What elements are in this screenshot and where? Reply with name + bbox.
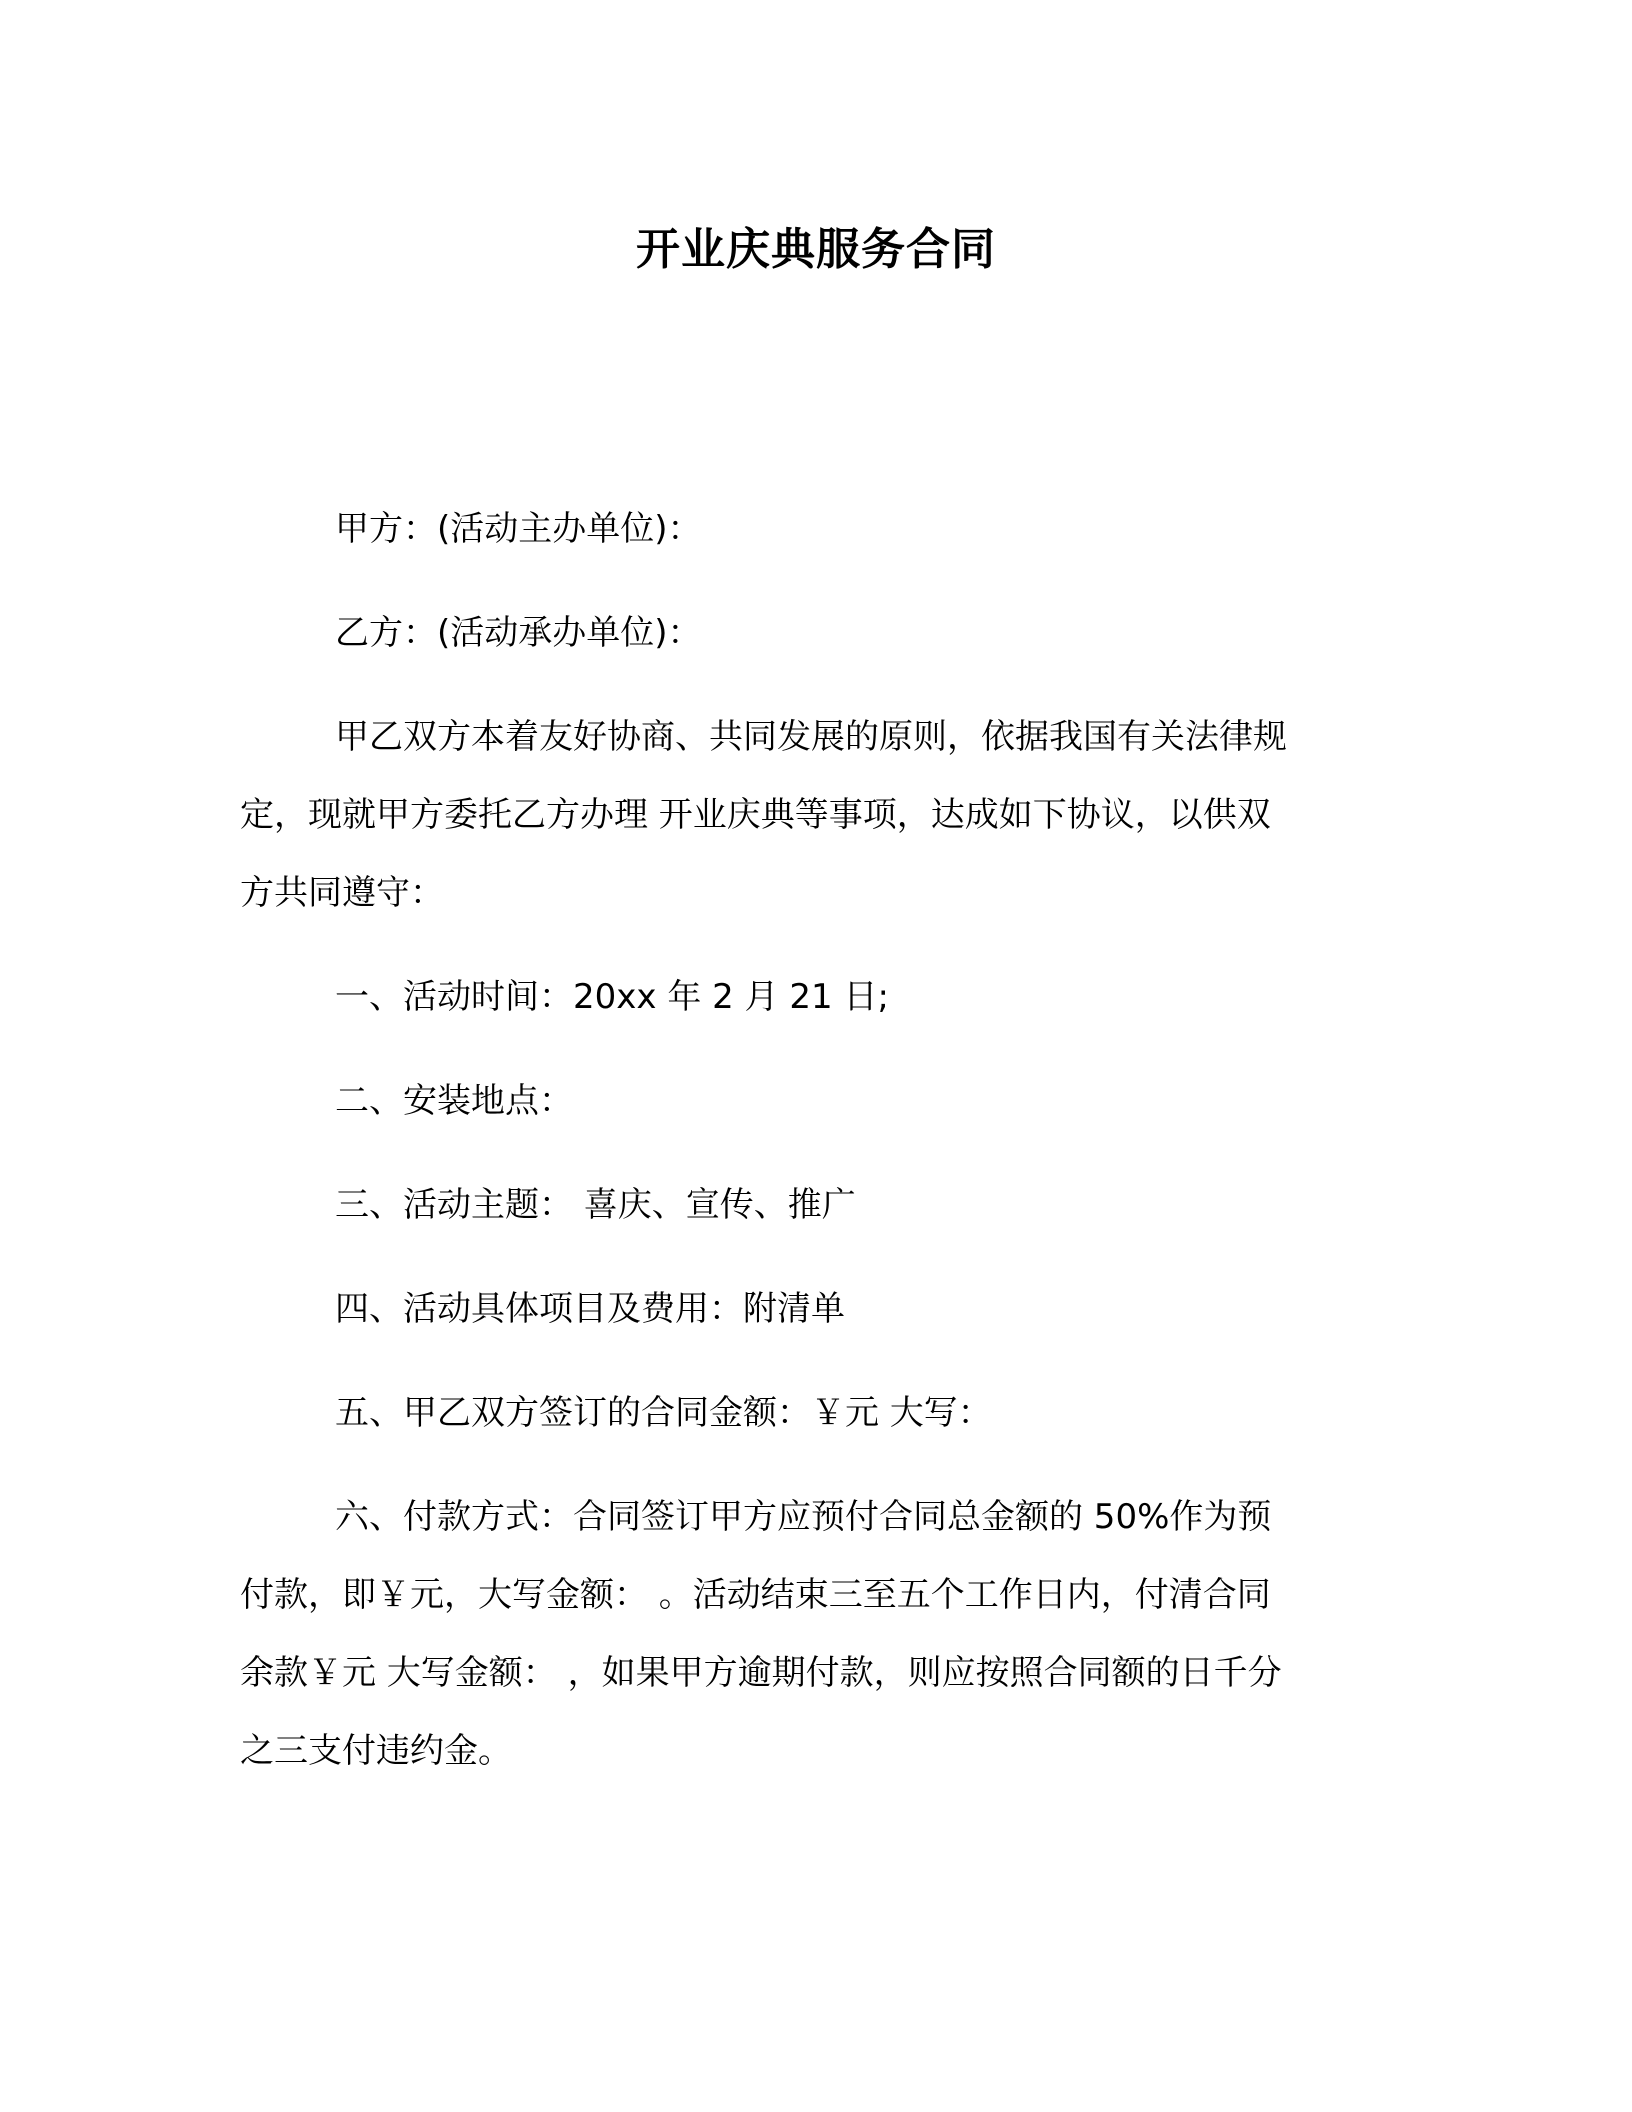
payment-line: 余款￥元 大写金额： ，如果甲方逾期付款，则应按照合同额的日千分 [240,1634,1390,1712]
clause-3-activity-theme: 三、活动主题： 喜庆、宣传、推广 [240,1166,1390,1244]
clause-6-payment-method: 六、付款方式：合同签订甲方应预付合同总金额的 50%作为预 付款，即￥元，大写金… [240,1478,1390,1790]
party-b-line: 乙方：(活动承办单位)： [240,594,1390,672]
preamble-line: 甲乙双方本着友好协商、共同发展的原则，依据我国有关法律规 [240,698,1390,776]
clause-1-activity-time: 一、活动时间：20xx 年 2 月 21 日; [240,958,1390,1036]
preamble-line: 定，现就甲方委托乙方办理 开业庆典等事项，达成如下协议，以供双 [240,776,1390,854]
payment-line: 付款，即￥元，大写金额： 。活动结束三至五个工作日内，付清合同 [240,1556,1390,1634]
preamble-line: 方共同遵守： [240,854,1390,932]
document-page: 开业庆典服务合同 甲方：(活动主办单位)： 乙方：(活动承办单位)： 甲乙双方本… [0,0,1632,2112]
clause-4-items-and-fees: 四、活动具体项目及费用：附清单 [240,1270,1390,1348]
clause-5-contract-amount: 五、甲乙双方签订的合同金额：￥元 大写： [240,1374,1390,1452]
clause-2-installation-location: 二、安装地点： [240,1062,1390,1140]
preamble-paragraph: 甲乙双方本着友好协商、共同发展的原则，依据我国有关法律规 定，现就甲方委托乙方办… [240,698,1390,932]
party-a-line: 甲方：(活动主办单位)： [240,490,1390,568]
payment-line: 之三支付违约金。 [240,1712,1390,1790]
document-title: 开业庆典服务合同 [0,222,1632,278]
document-body: 甲方：(活动主办单位)： 乙方：(活动承办单位)： 甲乙双方本着友好协商、共同发… [240,490,1390,1816]
payment-line: 六、付款方式：合同签订甲方应预付合同总金额的 50%作为预 [240,1478,1390,1556]
